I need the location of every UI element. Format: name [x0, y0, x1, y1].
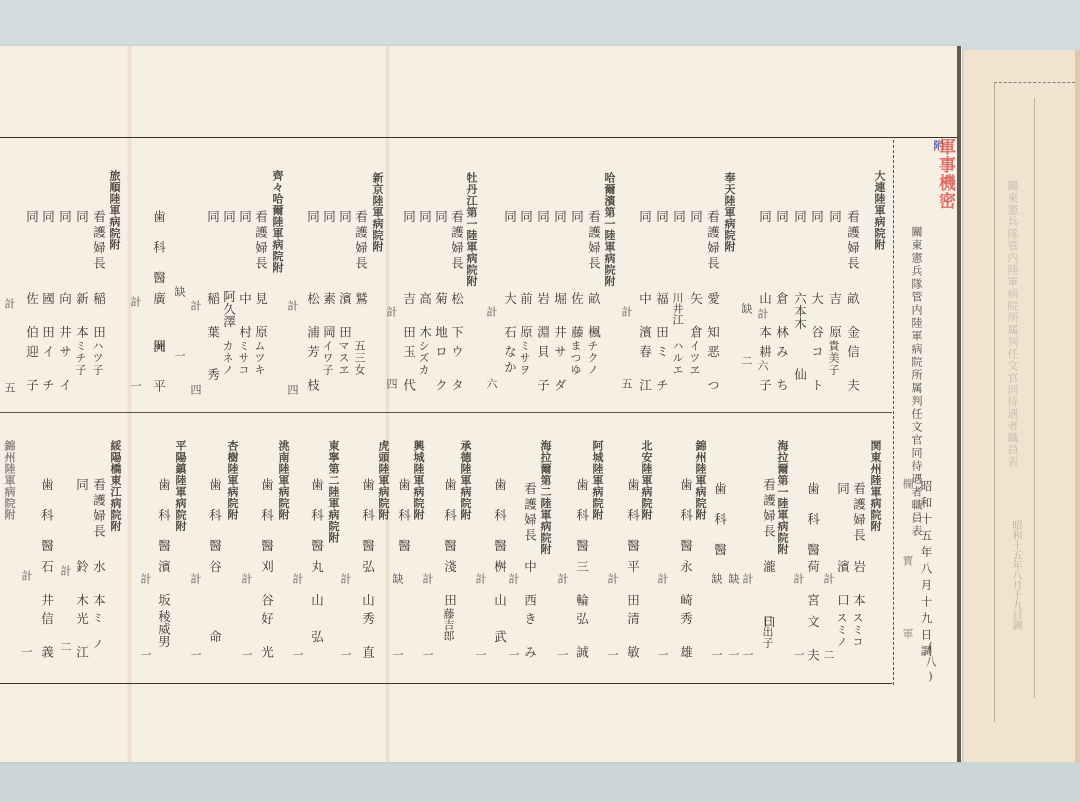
table-bottom-rule: [0, 683, 892, 684]
hospital-total: 計 一: [422, 573, 433, 686]
staff-surname: 大 谷: [810, 292, 823, 341]
hospital-name: 平陽鎮陸軍病院附: [175, 440, 186, 532]
staff-role: 同: [75, 210, 88, 226]
staff-surname: 濱 坂: [157, 560, 170, 609]
staff-role: 同: [41, 210, 54, 226]
hospital-name: 北安陸軍病院附: [641, 440, 652, 521]
hospital-name: 牡丹江第一陸軍病院附: [466, 172, 477, 287]
staff-role: 同: [570, 210, 583, 226]
column-label: 軍: [902, 628, 913, 642]
hospital-total: 計 一: [508, 573, 519, 686]
staff-given-name: 春 江: [638, 345, 651, 394]
staff-given-name: 日出子: [762, 615, 773, 648]
staff-surname: 高 木: [418, 292, 431, 341]
staff-role: 歯科醫: [157, 478, 170, 570]
staff-given-name: ミチ子: [75, 340, 86, 376]
staff-surname: 新 本: [75, 292, 88, 341]
hospital-name: 杏樹陸軍病院附: [227, 440, 238, 521]
staff-surname: 阿久澤: [222, 290, 235, 328]
staff-given-name: 藤吉郎: [443, 608, 454, 641]
hospital-total: 計 一: [130, 296, 141, 421]
staff-role: 看護婦長: [92, 478, 105, 540]
hospital-name: 虎頭陸軍病院附: [378, 440, 389, 521]
hospital-name: 承德陸軍病院附: [460, 440, 471, 521]
hospital-total: 計 一: [475, 573, 486, 686]
hospital-name: 海拉爾第一陸軍病院附: [777, 440, 788, 555]
staff-surname: 菊 地: [434, 292, 447, 341]
staff-surname: 六本木: [793, 292, 806, 330]
staff-given-name: 稜威男: [157, 610, 170, 648]
staff-role: 同: [306, 210, 319, 226]
hospital-name: 錦州陸軍病院附: [695, 440, 706, 521]
staff-given-name: まつゆ: [570, 340, 581, 376]
hospital-name: 大連陸軍病院附: [874, 170, 885, 251]
staff-surname: 中 村: [238, 292, 251, 341]
staff-role: 歯科醫: [361, 478, 374, 570]
staff-surname: 谷: [208, 560, 221, 576]
staff-given-name: 秀 雄: [679, 612, 692, 661]
hospital-name: 奉天陸軍病院附: [724, 172, 735, 253]
staff-role: 同: [503, 210, 516, 226]
staff-surname: 矢 倉: [689, 292, 702, 341]
staff-given-name: ミサヲ: [519, 340, 530, 376]
staff-surname: 中 西: [523, 560, 536, 609]
staff-given-name: 信 義: [40, 612, 53, 661]
hospital-vacancy: 缺 一: [174, 286, 185, 381]
staff-role: 歯科醫: [679, 478, 692, 570]
hospital-total: 計 一: [292, 573, 303, 686]
staff-given-name: イ チ: [41, 345, 54, 394]
hospital-total: 計 六: [757, 308, 768, 385]
staff-surname: 中 濱: [638, 292, 651, 341]
hospital-name: 洮南陸軍病院附: [278, 440, 289, 521]
hospital-name: 興城陸軍病院附: [413, 440, 424, 521]
staff-surname: 稲 田: [92, 292, 105, 341]
staff-role: 歯科醫: [260, 478, 273, 570]
staff-role: 歯科醫: [575, 478, 588, 570]
staff-role: 同: [434, 210, 447, 226]
staff-surname: 刈 谷: [260, 560, 273, 609]
staff-role: 歯科醫: [443, 478, 456, 570]
hospital-name: 東寧第二陸軍病院附: [328, 440, 339, 544]
hospital-total: 計 六: [486, 306, 497, 413]
hospital-total: 計 一: [742, 573, 753, 686]
staff-surname: 松 下: [450, 292, 463, 341]
staff-given-name: 武: [493, 630, 506, 646]
staff-surname: 荷 宮: [806, 560, 819, 609]
hospital-total: 計 一: [793, 573, 804, 686]
staff-surname: 永 崎: [679, 560, 692, 609]
adjacent-page-faint-date: 昭和十五年八月十九日調: [1008, 520, 1023, 630]
staff-surname: 平 田: [626, 560, 639, 609]
staff-role: 歯科醫: [713, 482, 726, 574]
staff-given-name: 清 敏: [626, 612, 639, 661]
hospital-total: 計 一: [340, 573, 351, 686]
hospital-total: 計 五: [4, 298, 15, 423]
staff-role: 同: [402, 210, 415, 226]
staff-given-name: サ イ: [58, 345, 71, 394]
staff-surname: 堀 井: [553, 292, 566, 341]
hospital-total: 計 四: [287, 300, 298, 425]
staff-role: 歯科醫: [40, 478, 53, 570]
staff-surname: 前 原: [519, 292, 532, 341]
column-label: 寳: [902, 555, 913, 569]
staff-surname: 桝 山: [493, 560, 506, 609]
staff-surname: 大 石: [503, 292, 516, 341]
staff-role: 看護婦長: [846, 210, 859, 272]
staff-given-name: チクノ: [587, 340, 598, 376]
staff-surname: 濱 口: [836, 560, 849, 609]
staff-surname: 畝 楓: [587, 292, 600, 341]
staff-role: 看護婦長: [354, 210, 367, 272]
staff-surname: 川井江: [672, 292, 683, 325]
hospital-name: 関東州陸軍病院附: [870, 440, 881, 532]
staff-role: 同: [58, 210, 71, 226]
hospital-name: 哈爾濱第一陸軍病院附: [604, 172, 615, 287]
staff-surname: 向 井: [58, 292, 71, 341]
staff-given-name: 命: [208, 630, 221, 646]
scan-background-bottom: [0, 760, 1080, 802]
confidential-stamp: 軍事機密: [936, 138, 953, 210]
staff-given-name: シズカ: [418, 340, 429, 376]
staff-role: 看護婦長: [587, 210, 600, 272]
staff-surname: 松 浦: [306, 292, 319, 341]
staff-role: 同: [810, 210, 823, 226]
title-column-divider: [893, 140, 894, 685]
staff-role: 看護婦長: [762, 478, 775, 540]
staff-given-name: 貝 子: [536, 345, 549, 394]
hospital-total: 計 一: [557, 573, 568, 686]
hospital-vacancy: 缺 二: [741, 303, 752, 380]
staff-surname: 佐 伯: [25, 292, 38, 341]
staff-surname: 濱 田: [338, 292, 351, 341]
hospital-total: 計 二: [60, 565, 71, 678]
staff-given-name: 好 光: [260, 612, 273, 661]
staff-given-name: ミサコ: [238, 340, 249, 376]
hospital-name: 錦州陸軍病院附: [4, 440, 15, 521]
staff-given-name: 仙: [793, 368, 806, 384]
staff-given-name: コ ト: [810, 345, 823, 394]
scan-background-top: [0, 0, 1080, 48]
staff-given-name: ロ ク: [434, 345, 447, 394]
staff-role: 同: [75, 478, 88, 494]
staff-surname: 愛 知: [706, 292, 719, 341]
staff-role: 同: [758, 210, 771, 226]
staff-role: 看護婦長: [523, 482, 536, 544]
staff-role: 同: [206, 210, 219, 226]
staff-role: 同: [519, 210, 532, 226]
staff-given-name: 弘 誠: [575, 612, 588, 661]
staff-given-name: 文 夫: [806, 615, 819, 664]
staff-role: 看護婦長: [450, 210, 463, 272]
staff-surname: 水 本: [92, 560, 105, 609]
staff-role: 歯科醫: [152, 210, 165, 302]
staff-surname: 淺 田: [443, 560, 456, 609]
staff-role: 同: [25, 210, 38, 226]
staff-role: 歯科醫: [397, 478, 410, 570]
staff-role: 同: [222, 210, 235, 226]
hospital-vacancy: 缺 一: [392, 573, 403, 686]
staff-given-name: 迎 子: [25, 345, 38, 394]
staff-given-name: 弘: [310, 630, 323, 646]
hospital-total: 計 四: [190, 300, 201, 425]
staff-surname: 畝 金: [846, 292, 859, 341]
staff-given-name: 信 夫: [846, 345, 859, 394]
hospital-total: 計 二: [823, 573, 834, 686]
hospital-total: 計 一: [190, 573, 201, 686]
staff-given-name: 芳 枝: [306, 345, 319, 394]
staff-role: 同: [672, 210, 685, 226]
staff-given-name: スミコ: [852, 612, 863, 648]
adjacent-page-border: [994, 82, 995, 722]
page-edge: [957, 46, 961, 762]
staff-given-name: ミ ノ: [92, 612, 103, 650]
hospital-name: 海拉爾第二陸軍病院附: [540, 440, 551, 555]
staff-role: 歯科醫: [208, 478, 221, 570]
staff-role: 同: [775, 210, 788, 226]
hospital-total: 計 四: [386, 306, 397, 413]
staff-surname: 稲 葉: [206, 292, 219, 341]
staff-given-name: ムツキ: [254, 340, 265, 376]
staff-surname: 三 輪: [575, 560, 588, 609]
staff-surname: 素 岡: [322, 292, 335, 341]
staff-given-name: スミノ: [836, 612, 847, 648]
staff-role: 同: [836, 482, 849, 498]
staff-given-name: ウ タ: [450, 345, 463, 394]
staff-surname: 鈴 木: [75, 560, 88, 609]
staff-role: 看護婦長: [92, 210, 105, 272]
staff-given-name: マスヱ: [338, 340, 349, 376]
adjacent-page: 關東憲兵隊管内陸軍病院所属判任文官同待遇者職員表 昭和十五年八月十九日調: [964, 50, 1080, 762]
staff-role: 同: [418, 210, 431, 226]
staff-surname: 弘 山: [361, 560, 374, 609]
staff-given-name: ミ チ: [655, 345, 668, 394]
document-date: 昭和十五年八月十九日調: [920, 480, 932, 662]
staff-surname: 石 井: [40, 560, 53, 609]
staff-role: 歯科醫: [310, 478, 323, 570]
staff-given-name: ハツ子: [92, 340, 103, 376]
staff-role: 看護婦長: [706, 210, 719, 272]
hospital-total: 計 一: [21, 570, 32, 683]
hospital-name: 阿城陸軍病院附: [592, 440, 603, 521]
staff-role: 同: [638, 210, 651, 226]
staff-role: 同: [536, 210, 549, 226]
staff-role: 看護婦長: [852, 482, 865, 544]
staff-given-name: 光 江: [75, 612, 88, 661]
staff-given-name: 洲 平: [152, 340, 165, 398]
staff-role: 同: [238, 210, 251, 226]
adjacent-page-rule: [994, 82, 1080, 83]
adjacent-page-faint-title: 關東憲兵隊管内陸軍病院所属判任文官同待遇者職員表: [1004, 180, 1020, 468]
staff-surname: 福 田: [655, 292, 668, 341]
hospital-total: 計 五: [621, 306, 632, 413]
hospital-name: 綏陽橋東江病院附: [110, 440, 121, 532]
staff-surname: 岩 本: [852, 560, 865, 609]
staff-given-name: イツヱ: [689, 340, 700, 376]
hospital-name: 新京陸軍病院附: [372, 172, 383, 253]
hospital-name: 旅順陸軍病院附: [109, 170, 120, 251]
staff-surname: 倉 林: [775, 292, 788, 341]
staff-given-name: 秀 直: [361, 612, 374, 661]
staff-surname: 國 田: [41, 292, 54, 341]
staff-role: 看護婦長: [254, 210, 267, 272]
staff-given-name: 秀: [206, 368, 219, 384]
staff-surname: 鷲: [354, 292, 367, 308]
staff-given-name: 玉 代: [402, 345, 415, 394]
staff-given-name: き み: [523, 612, 536, 661]
staff-role: 同: [689, 210, 702, 226]
staff-role: 同: [322, 210, 335, 226]
table-top-rule: [0, 137, 957, 138]
staff-given-name: 五三女: [354, 340, 365, 376]
staff-given-name: 貴美子: [828, 340, 839, 376]
staff-surname: 岩 淵: [536, 292, 549, 341]
staff-role: 同: [828, 210, 841, 226]
staff-role: 歯科醫: [493, 478, 506, 570]
hospital-total: 計 一: [241, 573, 252, 686]
staff-surname: 佐 藤: [570, 292, 583, 341]
staff-role: 同: [655, 210, 668, 226]
adjacent-page-divider: [1034, 98, 1035, 698]
staff-surname: 見 原: [254, 292, 267, 341]
staff-surname: 吉 原: [828, 292, 841, 341]
staff-surname: 丸 山: [310, 560, 323, 609]
page-edge-strip: [1075, 50, 1080, 762]
staff-given-name: み ち: [775, 345, 788, 394]
hospital-total: 計 一: [607, 573, 618, 686]
hospital-total: 計 一: [657, 573, 668, 686]
hospital-total: 計 一: [140, 573, 151, 686]
staff-role: 同: [793, 210, 806, 226]
hospital-name: 齊々哈爾陸軍病院附: [272, 170, 283, 274]
staff-given-name: なか: [503, 345, 516, 376]
staff-given-name: イワ子: [322, 340, 333, 376]
staff-given-name: ハルエ: [672, 340, 683, 376]
staff-role: 同: [553, 210, 566, 226]
staff-role: 同: [338, 210, 351, 226]
column-label: 欄: [902, 478, 913, 492]
staff-surname: 吉 田: [402, 292, 415, 341]
hospital-vacancy: 缺 一: [711, 573, 722, 686]
staff-given-name: サ ダ: [553, 345, 566, 394]
hospital-vacancy: 缺 一: [728, 573, 739, 686]
staff-role: 歯科醫: [626, 478, 639, 570]
staff-given-name: 恶 つ: [706, 345, 719, 394]
date-suffix: (八): [925, 640, 936, 686]
staff-given-name: カネノ: [222, 340, 233, 376]
